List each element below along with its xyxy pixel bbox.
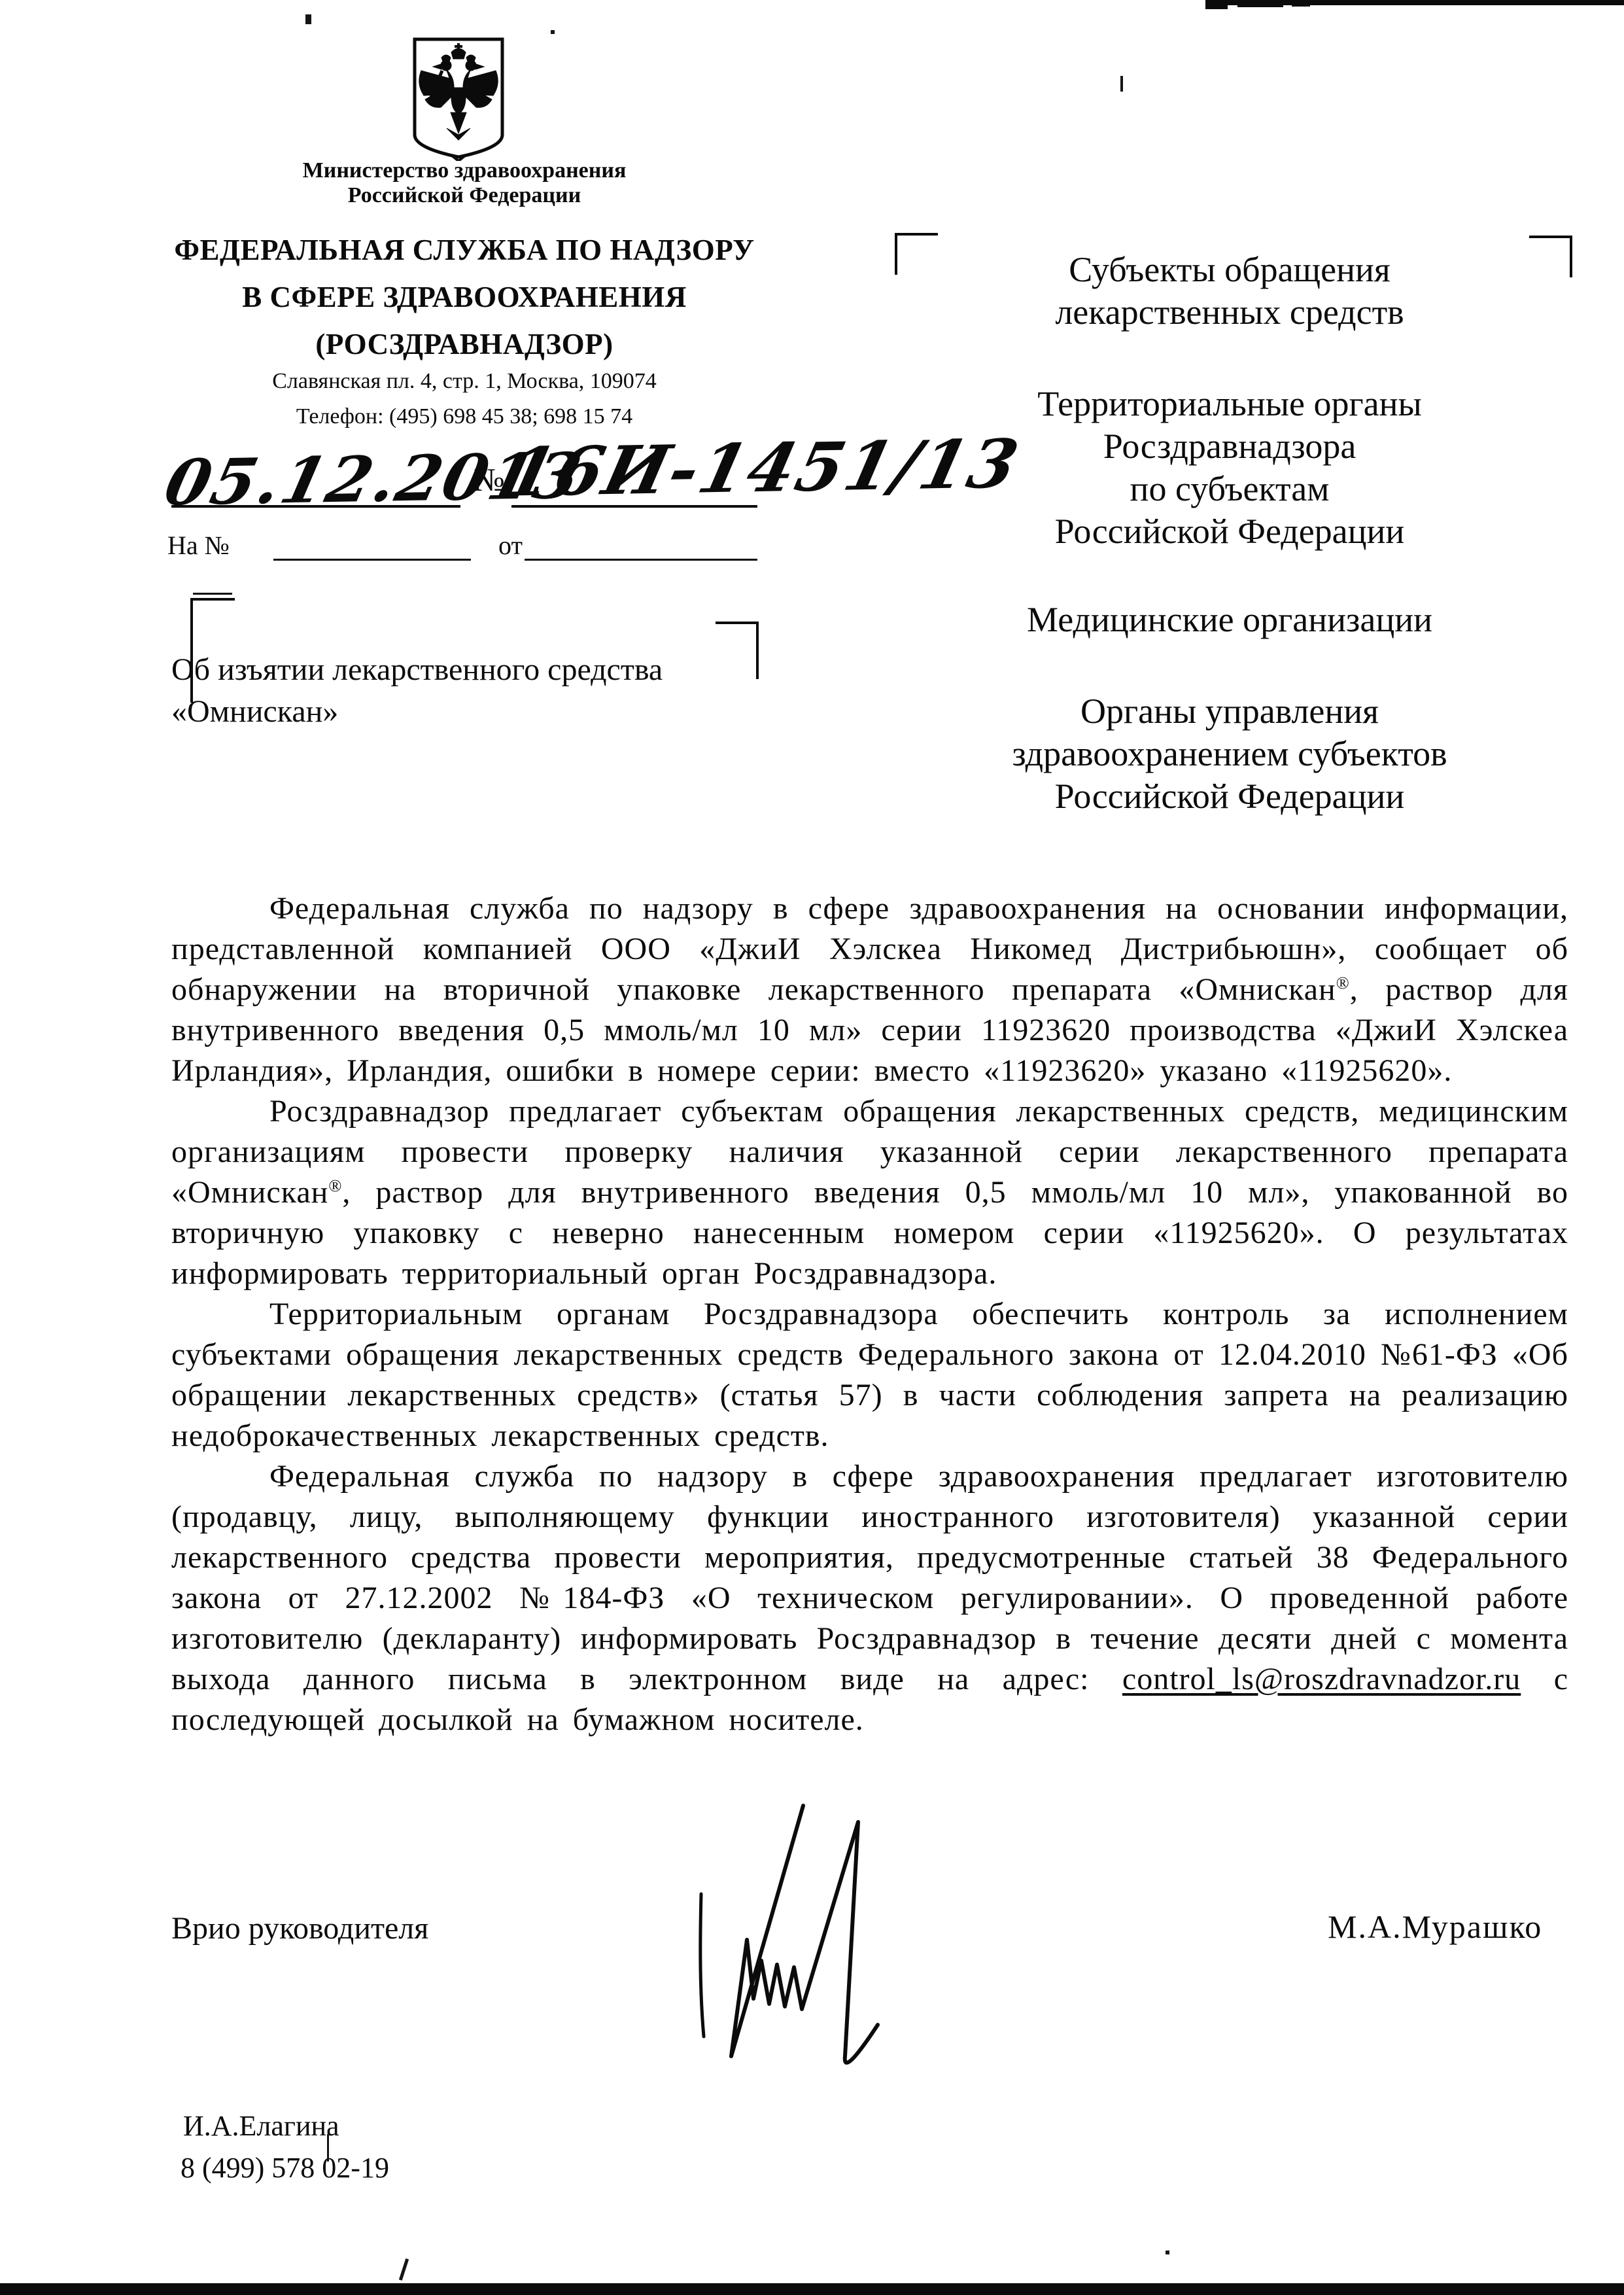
scan-speck [305, 14, 311, 24]
agency-line: ФЕДЕРАЛЬНАЯ СЛУЖБА ПО НАДЗОРУ [118, 226, 811, 273]
signer-name: М.А.Мурашко [1328, 1908, 1542, 1946]
subject-line: Об изъятии лекарственного средства [171, 649, 760, 691]
scan-artifact-blob [1237, 0, 1283, 7]
number-underline [511, 505, 757, 508]
body-paragraph: Территориальным органам Росздравнадзора … [171, 1294, 1568, 1456]
russia-coat-of-arms-icon [411, 37, 506, 161]
addressee-group: Территориальные органы Росздравнадзора п… [929, 383, 1530, 553]
addressee-line: по субъектам [929, 468, 1530, 510]
body-paragraph: Федеральная служба по надзору в сфере зд… [171, 1456, 1568, 1740]
scan-speck [1120, 76, 1123, 92]
addressee-line: Российской Федерации [929, 775, 1530, 818]
ref-from-label: от [498, 530, 523, 561]
addressee-line: Субъекты обращения [929, 249, 1530, 291]
scanned-letter-page: Министерство здравоохранения Российской … [0, 0, 1624, 2295]
corner-bracket-mark [716, 622, 759, 624]
ministry-line: Российской Федерации [137, 183, 791, 208]
addressee-group: Субъекты обращения лекарственных средств [929, 249, 1530, 334]
paragraph-text: Территориальным органам Росздравнадзора … [171, 1297, 1568, 1453]
corner-bracket-mark [895, 233, 897, 275]
agency-line: (РОСЗДРАВНАДЗОР) [118, 321, 811, 368]
agency-phone: Телефон: (495) 698 45 38; 698 15 74 [137, 399, 791, 434]
contact-email: control_ls@roszdravnadzor.ru [1122, 1662, 1521, 1696]
addressee-line: Российской Федерации [929, 510, 1530, 553]
scan-speck [1166, 2251, 1169, 2254]
corner-bracket-mark [1570, 236, 1572, 277]
addressee-group: Медицинские организации [929, 599, 1530, 641]
scan-artifact-bottom-band [0, 2283, 1624, 2295]
scan-artifact-blob [1205, 0, 1228, 9]
paragraph-text: , раствор для внутривенного введения 0,5… [171, 1175, 1568, 1291]
ref-date-blank [525, 559, 757, 561]
registered-trademark-sup: ® [1336, 973, 1350, 992]
agency-letterhead: ФЕДЕРАЛЬНАЯ СЛУЖБА ПО НАДЗОРУ В СФЕРЕ ЗД… [118, 226, 811, 368]
corner-bracket-mark [193, 593, 232, 595]
executor-phone: 8 (499) 578 02-19 [181, 2151, 389, 2184]
ref-label: На № [167, 530, 230, 561]
date-underline [171, 505, 460, 508]
subject-line: «Омнискан» [171, 691, 760, 733]
letter-body: Федеральная служба по надзору в сфере зд… [171, 888, 1568, 1740]
addressee-group: Органы управления здравоохранением субъе… [929, 690, 1530, 818]
addressee-line: здравоохранением субъектов [929, 733, 1530, 775]
signer-position-title: Врио руководителя [171, 1910, 428, 1946]
scan-speck [551, 30, 555, 34]
subject-block: Об изъятии лекарственного средства «Омни… [171, 649, 760, 733]
scan-artifact-blob [1292, 2, 1310, 7]
scan-speck [399, 2258, 409, 2281]
number-sign: № [474, 461, 505, 499]
addressee-list: Субъекты обращения лекарственных средств… [929, 249, 1530, 818]
signature-autograph-icon [674, 1796, 935, 2087]
corner-bracket-mark [895, 233, 938, 236]
registered-trademark-sup: ® [328, 1176, 342, 1195]
addressee-line: Органы управления [929, 690, 1530, 733]
paragraph-text: Федеральная служба по надзору в сфере зд… [171, 1459, 1568, 1696]
addressee-line: Росздравнадзора [929, 425, 1530, 468]
ministry-name: Министерство здравоохранения Российской … [137, 158, 791, 208]
scan-speck [327, 2134, 329, 2162]
ref-number-blank [273, 559, 471, 561]
corner-bracket-mark [190, 598, 235, 601]
ministry-line: Министерство здравоохранения [137, 158, 791, 183]
executor-name: И.А.Елагина [183, 2109, 339, 2143]
corner-bracket-mark [1529, 236, 1572, 238]
agency-line: В СФЕРЕ ЗДРАВООХРАНЕНИЯ [118, 273, 811, 321]
addressee-line: Медицинские организации [929, 599, 1530, 641]
body-paragraph: Росздравнадзор предлагает субъектам обра… [171, 1091, 1568, 1294]
body-paragraph: Федеральная служба по надзору в сфере зд… [171, 888, 1568, 1091]
addressee-line: Территориальные органы [929, 383, 1530, 425]
addressee-line: лекарственных средств [929, 291, 1530, 334]
agency-address: Славянская пл. 4, стр. 1, Москва, 109074 [137, 364, 791, 399]
agency-address-block: Славянская пл. 4, стр. 1, Москва, 109074… [137, 364, 791, 434]
